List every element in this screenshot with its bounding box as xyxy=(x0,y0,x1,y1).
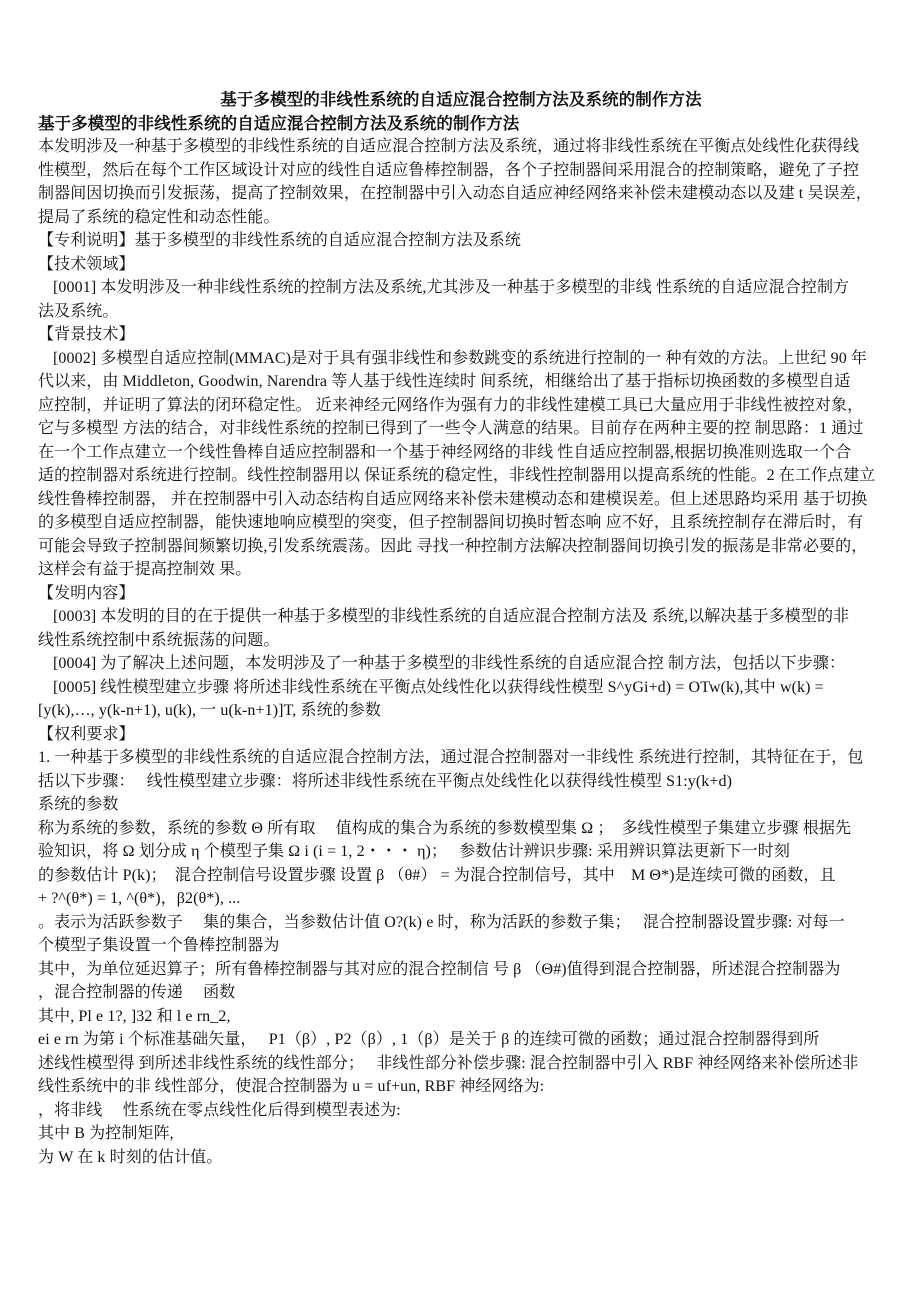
section-heading-claims: 【权利要求】 xyxy=(38,723,884,747)
paragraph-line: [0002] 多模型自适应控制(MMAC)是对于具有强非线性和参数跳变的系统进行… xyxy=(38,347,884,371)
paragraph-line: 其中，为单位延迟算子；所有鲁棒控制器与其对应的混合控制信 号 β （Θ#)值得到… xyxy=(38,958,884,982)
paragraph-line: ，将非线 性系统在零点线性化后得到模型表述为: xyxy=(38,1099,884,1123)
paragraph-line: 法及系统。 xyxy=(38,300,884,324)
paragraph-line: 适的控制器对系统进行控制。线性控制器用以 保证系统的稳定性，非线性控制器用以提高… xyxy=(38,464,884,488)
section-heading-background: 【背景技术】 xyxy=(38,323,884,347)
paragraph-line: 个模型子集设置一个鲁棒控制器为 xyxy=(38,934,884,958)
paragraph-line: [0004] 为了解决上述问题，本发明涉及了一种基于多模型的非线性系统的自适应混… xyxy=(38,652,884,676)
patent-description-heading: 【专利说明】基于多模型的非线性系统的自适应混合控制方法及系统 xyxy=(38,229,884,253)
paragraph-line: 称为系统的参数，系统的参数 Θ 所有取 值构成的集合为系统的参数模型集 Ω ； … xyxy=(38,817,884,841)
paragraph-line: [0005] 线性模型建立步骤 将所述非线性系统在平衡点处线性化以获得线性模型 … xyxy=(38,676,884,700)
paragraph-line: ei e rn 为第 i 个标准基础矢量， P1（β）, P2（β）, 1（β）… xyxy=(38,1028,884,1052)
paragraph-line: 其中, Pl e 1?, ]32 和 l e rn_2, xyxy=(38,1005,884,1029)
paragraph-line: ，混合控制器的传递 函数 xyxy=(38,981,884,1005)
paragraph-line: 的多模型自适应控制器，能快速地响应模型的突变，但子控制器间切换时暂态响 应不好，… xyxy=(38,511,884,535)
paragraph-line: 可能会导致子控制器间频繁切换,引发系统震荡。因此 寻找一种控制方法解决控制器间切… xyxy=(38,535,884,559)
paragraph-line: 本发明涉及一种基于多模型的非线性系统的自适应混合控制方法及系统，通过将非线性系统… xyxy=(38,135,884,159)
paragraph-line: 代以来，由 Middleton, Goodwin, Narendra 等人基于线… xyxy=(38,370,884,394)
section-heading-technical-field: 【技术领域】 xyxy=(38,253,884,277)
paragraph-line: 它与多模型 方法的结合，对非线性系统的控制已得到了一些令人满意的结果。目前存在两… xyxy=(38,417,884,441)
paragraph-line: [0001] 本发明涉及一种非线性系统的控制方法及系统,尤其涉及一种基于多模型的… xyxy=(38,276,884,300)
paragraph-line: 线性系统控制中系统振荡的问题。 xyxy=(38,629,884,653)
document-page: 基于多模型的非线性系统的自适应混合控制方法及系统的制作方法基于多模型的非线性系统… xyxy=(0,0,920,1169)
paragraph-line: 为 W 在 k 时刻的估计值。 xyxy=(38,1146,884,1170)
paragraph-line: 验知识，将 Ω 划分成 η 个模型子集 Ω i (i = 1, 2・・・ η)；… xyxy=(38,840,884,864)
paragraph-line: 提局了系统的稳定性和动态性能。 xyxy=(38,206,884,230)
paragraph-line: 括以下步骤： 线性模型建立步骤：将所述非线性系统在平衡点处线性化以获得线性模型 … xyxy=(38,770,884,794)
paragraph-line: 线性系统中的非 线性部分，使混合控制器为 u = uf+un, RBF 神经网络… xyxy=(38,1075,884,1099)
paragraph-line: 。表示为活跃参数子 集的集合，当参数估计值 O?(k) e 时，称为活跃的参数子… xyxy=(38,911,884,935)
doc-title-centered: 基于多模型的非线性系统的自适应混合控制方法及系统的制作方法 xyxy=(38,88,884,112)
section-heading-summary: 【发明内容】 xyxy=(38,582,884,606)
paragraph-line: 线性鲁棒控制器， 并在控制器中引入动态结构自适应网络来补偿未建模动态和建模误差。… xyxy=(38,488,884,512)
paragraph-line: 在一个工作点建立一个线性鲁棒自适应控制器和一个基于神经网络的非线 性自适应控制器… xyxy=(38,441,884,465)
paragraph-line: 性模型，然后在每个工作区域设计对应的线性自适应鲁棒控制器，各个子控制器间采用混合… xyxy=(38,159,884,183)
paragraph-line: 1. 一种基于多模型的非线性系统的自适应混合控制方法，通过混合控制器对一非线性 … xyxy=(38,746,884,770)
paragraph-line: 述线性模型得 到所述非线性系统的线性部分； 非线性部分补偿步骤: 混合控制器中引… xyxy=(38,1052,884,1076)
paragraph-line: 的参数估计 P(k)； 混合控制信号设置步骤 设置 β （θ#） = 为混合控制… xyxy=(38,864,884,888)
paragraph-line: 制器间因切换而引发振荡，提高了控制效果，在控制器中引入动态自适应神经网络来补偿未… xyxy=(38,182,884,206)
paragraph-line: 其中 B 为控制矩阵, xyxy=(38,1122,884,1146)
paragraph-line: + ?^(θ*) = 1, ^(θ*)，β2(θ*), ... xyxy=(38,887,884,911)
paragraph-line: [0003] 本发明的目的在于提供一种基于多模型的非线性系统的自适应混合控制方法… xyxy=(38,605,884,629)
paragraph-line: 系统的参数 xyxy=(38,793,884,817)
paragraph-line: 这样会有益于提高控制效 果。 xyxy=(38,558,884,582)
paragraph-line: [y(k),…, y(k-n+1), u(k), 一 u(k-n+1)]T, 系… xyxy=(38,699,884,723)
doc-title: 基于多模型的非线性系统的自适应混合控制方法及系统的制作方法 xyxy=(38,112,884,136)
paragraph-line: 应控制，并证明了算法的闭环稳定性。 近来神经元网络作为强有力的非线性建模工具已大… xyxy=(38,394,884,418)
